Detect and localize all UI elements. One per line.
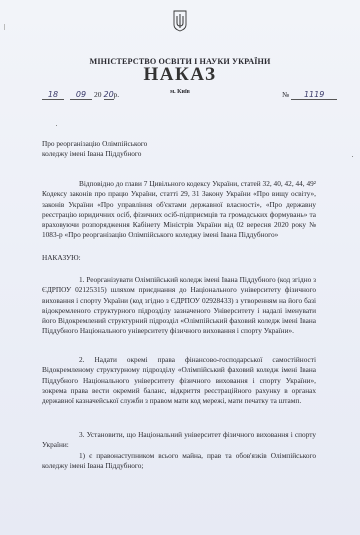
document-page: МІНІСТЕРСТВО ОСВІТИ І НАУКИ УКРАЇНИ НАКА…: [0, 0, 360, 535]
order-date: 18 09 20 20 р.: [42, 90, 119, 100]
item-3-1: 1) є правонаступником всього майна, прав…: [42, 451, 316, 472]
order-subject: Про реорганізацію Олімпійського коледжу …: [42, 139, 192, 159]
date-month: 09: [70, 90, 92, 100]
order-word: НАКАЗУЮ:: [42, 253, 81, 262]
subject-line-1: Про реорганізацію Олімпійського: [42, 139, 192, 149]
number-value: 1119: [291, 90, 337, 100]
item-2: 2. Надати окремі права фінансово-господа…: [42, 355, 316, 406]
preamble: Відповідно до глави 7 Цивільного кодексу…: [42, 179, 316, 241]
scan-speck: [4, 24, 5, 30]
item-3: 3. Установити, що Національний університ…: [42, 430, 316, 451]
date-day: 18: [42, 90, 64, 100]
order-number: № 1119: [282, 90, 337, 100]
scan-speck: [56, 125, 57, 126]
item-1: 1. Реорганізувати Олімпійський коледж ім…: [42, 275, 316, 337]
date-year-prefix: 20: [94, 90, 102, 99]
document-title: НАКАЗ: [0, 64, 360, 86]
date-year-end: р.: [114, 90, 120, 99]
date-year-suffix: 20: [104, 90, 114, 100]
scan-speck: [352, 156, 353, 157]
number-label: №: [282, 90, 289, 99]
subject-line-2: коледжу імені Івана Піддубного: [42, 149, 192, 159]
coat-of-arms-icon: [173, 10, 187, 32]
